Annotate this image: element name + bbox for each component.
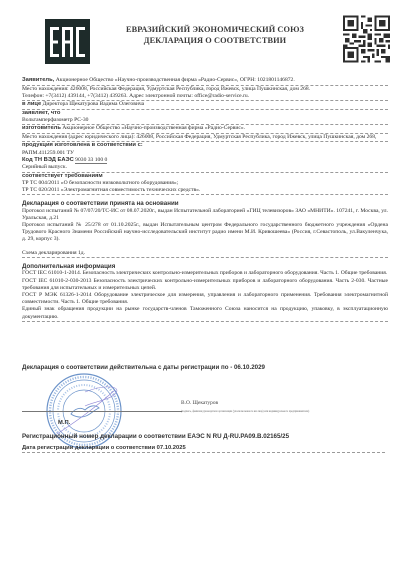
applicant-address: Место нахождения: 426008, Российская Фед… — [22, 86, 388, 93]
additional-item: Единый знак обращения продукции на рынке… — [22, 306, 388, 322]
declaration-body: Заявитель, Акционерное Общество «Научно-… — [22, 77, 388, 322]
applicant-row: Заявитель, Акционерное Общество «Научно-… — [22, 77, 388, 86]
manufacturer-label: изготовитель — [22, 125, 61, 131]
additional-item: ГОСТ Р МЭК 61326-1-2014 Оборудование эле… — [22, 292, 388, 306]
release-type: Серийный выпуск. — [22, 164, 388, 173]
basis-label: Декларация о соответствии принята на осн… — [22, 200, 388, 207]
tn-ved-code: 9030 33 100 0 — [75, 157, 107, 164]
requirement-item: ТР ТС 004/2011 «О безопасности низковоль… — [22, 180, 388, 187]
title-declaration: ДЕКЛАРАЦИЯ О СООТВЕТСТВИИ — [100, 35, 330, 46]
declares-label: заявляет, что — [22, 110, 388, 117]
basis-protocol-2: Протокол испытаний № 25/278 от 01.10.202… — [22, 222, 388, 244]
manufacturer-row: изготовитель Акционерное Общество «Научн… — [22, 125, 388, 134]
registration-number: Регистрационный номер декларации о соотв… — [22, 433, 289, 440]
produced-per-spec: РАПМ.411259.001 ТУ — [22, 150, 388, 157]
additional-item: ГОСТ IEC 61010-1-2014. Безопасность элек… — [22, 270, 388, 277]
qr-code-icon — [343, 14, 390, 64]
validity-period: Декларация о соответствии действительна … — [22, 364, 265, 371]
requirement-item: ТР ТС 020/2011 «Электромагнитная совмест… — [22, 187, 388, 196]
applicant-name: Акционерное Общество «Научно-производств… — [54, 77, 294, 83]
produced-per-label: продукция изготовлена в соответствии с: — [22, 142, 388, 149]
seal-label: М.П. — [58, 420, 70, 426]
manufacturer-name: Акционерное Общество «Научно-производств… — [61, 125, 245, 131]
eac-logo — [45, 19, 90, 64]
title-union: ЕВРАЗИЙСКИЙ ЭКОНОМИЧЕСКИЙ СОЮЗ — [100, 24, 330, 35]
applicant-label: Заявитель, — [22, 77, 54, 83]
represented-row: в лице Директора Щекатурова Вадима Олего… — [22, 101, 388, 110]
represented-label: в лице — [22, 101, 41, 107]
additional-item: ГОСТ IEC 61010-2-030-2013 Безопасность э… — [22, 278, 388, 292]
tn-ved-row: Код ТН ВЭД ЕАЭС 9030 33 100 0 — [22, 157, 388, 164]
basis-protocol-1: Протокол испытаний № 07/07/20/ТС-ИС от 0… — [22, 208, 388, 222]
document-header: ЕВРАЗИЙСКИЙ ЭКОНОМИЧЕСКИЙ СОЮЗ ДЕКЛАРАЦИ… — [0, 0, 400, 66]
tn-ved-label: Код ТН ВЭД ЕАЭС — [22, 157, 74, 163]
signer-name: В.О. Щекатуров — [181, 400, 218, 406]
eac-mark-icon — [45, 19, 90, 64]
declaration-scheme: Схема декларирования 1д. — [22, 250, 388, 259]
represented-by: Директора Щекатурова Вадима Олеговича — [41, 101, 144, 107]
signer-caption: (подпись, фамилия руководителя организац… — [181, 410, 309, 413]
applicant-contacts: Телефон: +7(3412) 439144, +7(3412) 43926… — [22, 93, 388, 102]
manufacturer-address: Место нахождения (адрес юридического лиц… — [22, 134, 388, 143]
registration-date: Дата регистрации декларации о соответств… — [22, 445, 385, 453]
requirements-label: соответствует требованиям — [22, 173, 388, 180]
document-title: ЕВРАЗИЙСКИЙ ЭКОНОМИЧЕСКИЙ СОЮЗ ДЕКЛАРАЦИ… — [100, 24, 330, 46]
signature-line — [22, 411, 182, 412]
